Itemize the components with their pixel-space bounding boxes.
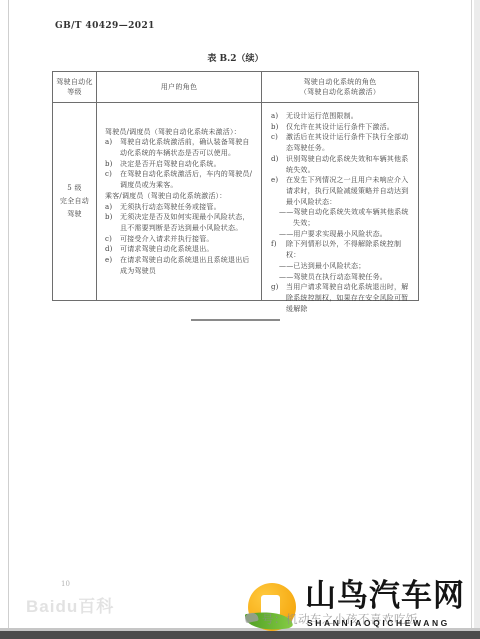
item-text: ——驾驶员在执行动态驾驶任务。: [279, 273, 387, 281]
system-role-cell: a)无设计运行范围限制。b)仅允许在其设计运行条件下激活。c)激活后在其设计运行…: [262, 103, 418, 300]
item-text: 决定是否开启驾驶自动化系统。: [120, 159, 255, 170]
list-item: c)可接受介入请求并执行接管。: [105, 234, 255, 245]
item-marker: c): [105, 169, 120, 190]
list-item: b)仅允许在其设计运行条件下激活。: [271, 122, 413, 133]
item-marker: c): [105, 234, 120, 245]
list-item: a)驾驶自动化系统激活前，确认装备驾驶自动化系统的车辆状态是否可以使用。: [105, 137, 255, 158]
page-number: 10: [61, 580, 70, 588]
item-marker: e): [271, 175, 286, 207]
item-marker: a): [271, 111, 286, 122]
item-marker: b): [105, 159, 120, 170]
list-item: 驾驶员/调度员（驾驶自动化系统未激活）：: [105, 127, 255, 138]
item-text: 在请求驾驶自动化系统退出且系统退出后成为驾驶员: [120, 255, 255, 276]
list-item: b)无须决定是否及如何实现最小风险状态，且不需要判断是否达到最小风险状态。: [105, 212, 255, 233]
list-item: ——用户要求实现最小风险状态。: [271, 229, 413, 240]
item-text: 在驾驶自动化系统激活后，车内的驾驶员/调度员或为乘客。: [120, 169, 255, 190]
item-marker: b): [271, 122, 286, 133]
roles-table: 驾驶自动化 等级 用户的角色 驾驶自动化系统的角色 （驾驶自动化系统激活） 5 …: [52, 71, 419, 301]
list-item: d)可请求驾驶自动化系统退出。: [105, 244, 255, 255]
item-marker: d): [105, 244, 120, 255]
item-marker: b): [105, 212, 120, 233]
item-marker: c): [271, 132, 286, 153]
item-marker: a): [105, 137, 120, 158]
item-text: 驾驶员/调度员（驾驶自动化系统未激活）：: [105, 127, 255, 138]
item-text: ——已达到最小风险状态；: [279, 262, 365, 270]
list-item: f)除下列情形以外，不得解除系统控制权：: [271, 239, 413, 260]
item-text: 无须决定是否及如何实现最小风险状态，且不需要判断是否达到最小风险状态。: [120, 212, 255, 233]
baidu-watermark: Baidu百科: [26, 592, 114, 617]
item-text: 在发生下列情况之一且用户未响应介入请求时，执行风险减缓策略并自动达到最小风险状态…: [286, 175, 413, 207]
bottom-dark-bar: [0, 631, 480, 639]
list-item: g)当用户请求驾驶自动化系统退出时，解除系统控制权，如果存在安全风险可暂缓解除: [271, 282, 413, 314]
item-text: ——用户要求实现最小风险状态。: [279, 230, 387, 238]
item-text: 乘客/调度员（驾驶自动化系统激活）：: [105, 191, 255, 202]
list-item: c)在驾驶自动化系统激活后，车内的驾驶员/调度员或为乘客。: [105, 169, 255, 190]
page-right-edge-band: [474, 0, 480, 630]
item-text: ——驾驶自动化系统失效或车辆其他系统失效；: [279, 208, 409, 227]
item-marker: g): [271, 282, 286, 314]
item-text: 仅允许在其设计运行条件下激活。: [286, 122, 413, 133]
list-item: ——驾驶自动化系统失效或车辆其他系统失效；: [271, 207, 413, 228]
item-text: 可接受介入请求并执行接管。: [120, 234, 255, 245]
site-name: 山鸟汽车网: [305, 580, 475, 613]
table-header-row: 驾驶自动化 等级 用户的角色 驾驶自动化系统的角色 （驾驶自动化系统激活）: [53, 72, 418, 103]
table-row: 5 级 完全自动 驾驶 驾驶员/调度员（驾驶自动化系统未激活）：a)驾驶自动化系…: [53, 103, 418, 300]
list-item: 乘客/调度员（驾驶自动化系统激活）：: [105, 191, 255, 202]
item-marker: f): [271, 239, 286, 260]
table-title: 表 B.2（续）: [52, 51, 419, 64]
user-role-cell: 驾驶员/调度员（驾驶自动化系统未激活）：a)驾驶自动化系统激活前，确认装备驾驶自…: [97, 103, 262, 300]
header-cell-system-role: 驾驶自动化系统的角色 （驾驶自动化系统激活）: [262, 72, 418, 102]
doc-number: GB/T 40429—2021: [55, 21, 155, 31]
item-text: 当用户请求驾驶自动化系统退出时，解除系统控制权，如果存在安全风险可暂缓解除: [286, 282, 413, 314]
site-subtitle: SHANNIAOQICHEWANG: [307, 618, 450, 628]
header-cell-level: 驾驶自动化 等级: [53, 72, 97, 102]
page-left-edge: [8, 0, 9, 630]
item-text: 除下列情形以外，不得解除系统控制权：: [286, 239, 413, 260]
item-text: 识别驾驶自动化系统失效和车辆其他系统失效。: [286, 154, 413, 175]
list-item: ——已达到最小风险状态；: [271, 261, 413, 272]
item-marker: a): [105, 202, 120, 213]
list-item: d)识别驾驶自动化系统失效和车辆其他系统失效。: [271, 154, 413, 175]
page-right-edge-line: [471, 0, 472, 630]
end-of-table-divider: [191, 319, 280, 321]
list-item: c)激活后在其设计运行条件下执行全部动态驾驶任务。: [271, 132, 413, 153]
item-text: 激活后在其设计运行条件下执行全部动态驾驶任务。: [286, 132, 413, 153]
item-text: 可请求驾驶自动化系统退出。: [120, 244, 255, 255]
item-text: 无须执行动态驾驶任务或接管。: [120, 202, 255, 213]
item-text: 驾驶自动化系统激活前，确认装备驾驶自动化系统的车辆状态是否可以使用。: [120, 137, 255, 158]
item-marker: e): [105, 255, 120, 276]
list-item: e)在发生下列情况之一且用户未响应介入请求时，执行风险减缓策略并自动达到最小风险…: [271, 175, 413, 207]
list-item: a)无须执行动态驾驶任务或接管。: [105, 202, 255, 213]
level-cell: 5 级 完全自动 驾驶: [53, 103, 97, 300]
header-cell-user-role: 用户的角色: [97, 72, 262, 102]
list-item: e)在请求驾驶自动化系统退出且系统退出后成为驾驶员: [105, 255, 255, 276]
list-item: b)决定是否开启驾驶自动化系统。: [105, 159, 255, 170]
item-text: 无设计运行范围限制。: [286, 111, 413, 122]
list-item: a)无设计运行范围限制。: [271, 111, 413, 122]
list-item: ——驾驶员在执行动态驾驶任务。: [271, 272, 413, 283]
item-marker: d): [271, 154, 286, 175]
